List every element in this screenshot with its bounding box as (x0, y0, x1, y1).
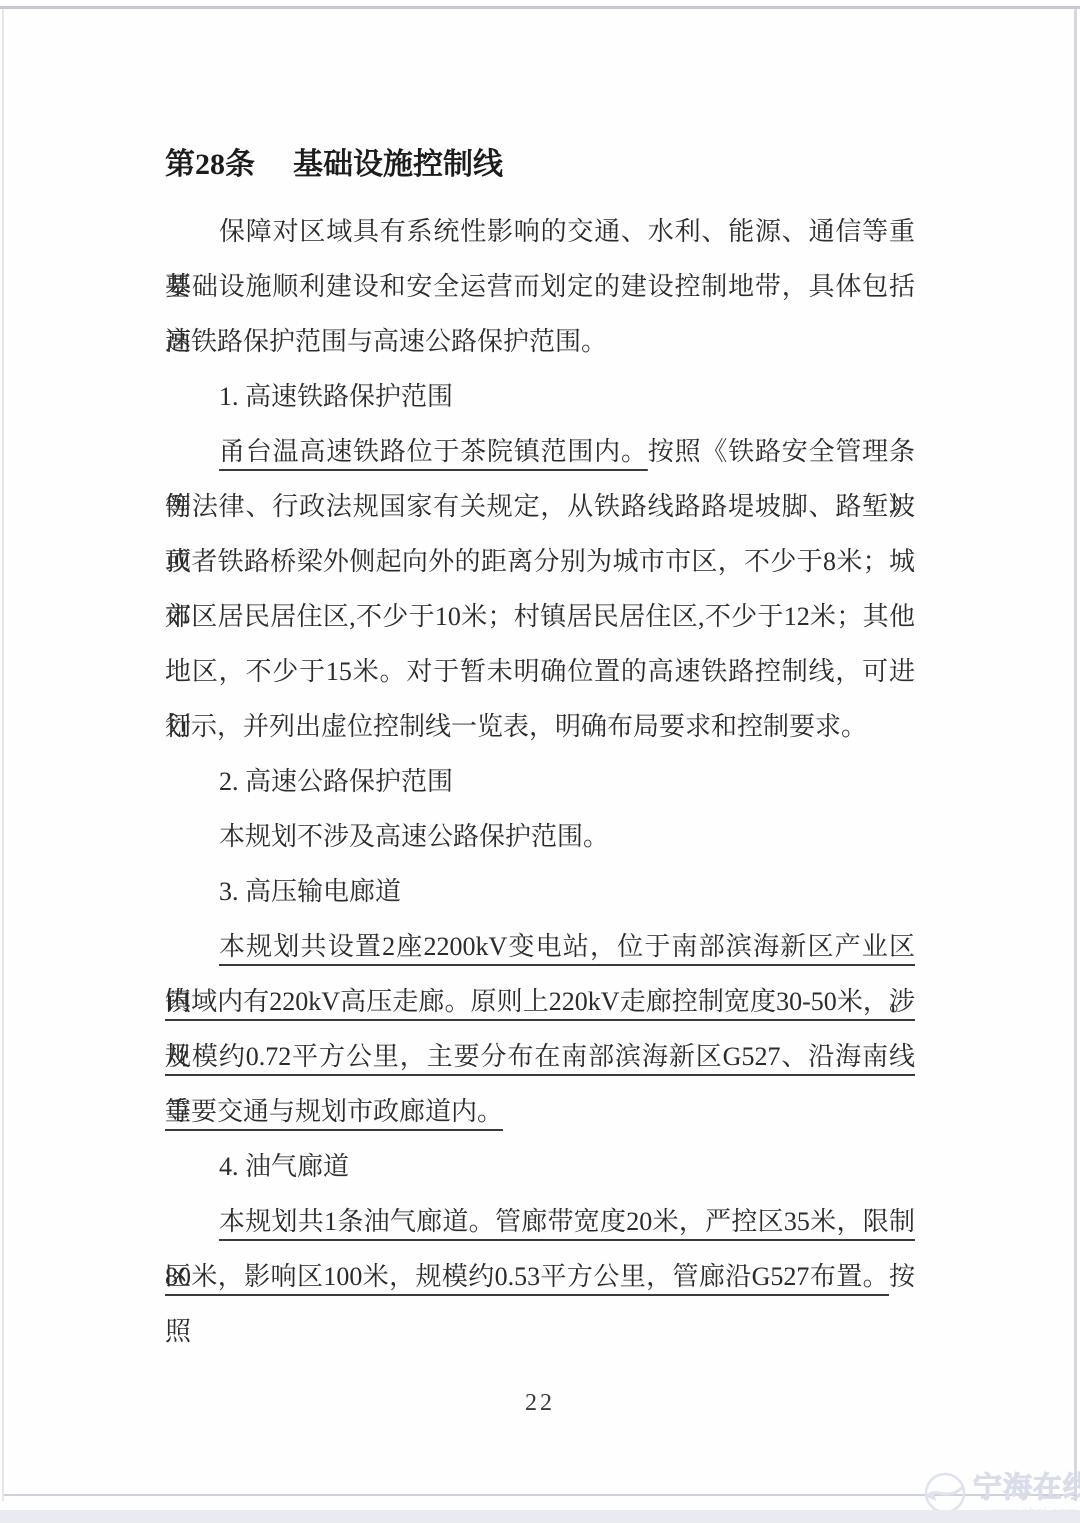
text-line: 2. 高速公路保护范围 (165, 754, 915, 809)
page-edge-bottom-line (4, 1494, 1076, 1496)
page-edge-top (0, 6, 1080, 9)
article-heading: 第28条基础设施控制线 (165, 137, 915, 192)
text-line: 1. 高速铁路保护范围 (165, 369, 915, 424)
text-line: 基础设施顺利建设和安全运营而划定的建设控制地带，具体包括高 (165, 259, 915, 314)
text-line: 重要交通与规划市政廊道内。 (165, 1084, 915, 1139)
text-line: 保障对区域具有系统性影响的交通、水利、能源、通信等重要 (165, 204, 915, 259)
page-number: 22 (0, 1390, 1080, 1417)
text-segment: 划示，并列出虚位控制线一览表，明确布局要求和控制要求。 (165, 712, 867, 741)
text-segment: 2. 高速公路保护范围 (219, 767, 453, 796)
text-line: 80米，影响区100米，规模约0.53平方公里，管廊沿G527布置。按照 (165, 1249, 915, 1304)
text-line: 甬台温高速铁路位于茶院镇范围内。按照《铁路安全管理条例》 (165, 424, 915, 479)
scanned-page: 第28条基础设施控制线 保障对区域具有系统性影响的交通、水利、能源、通信等重要基… (0, 0, 1080, 1510)
document-lines: 保障对区域具有系统性影响的交通、水利、能源、通信等重要基础设施顺利建设和安全运营… (165, 204, 915, 1304)
text-line: 郊区居民居住区,不少于10米；村镇居民居住区,不少于12米；其他 (165, 589, 915, 644)
text-line: 本规划共1条油气廊道。管廊带宽度20米，严控区35米，限制区 (165, 1194, 915, 1249)
text-line: 规模约0.72平方公里，主要分布在南部滨海新区G527、沿海南线等 (165, 1029, 915, 1084)
document-body: 第28条基础设施控制线 保障对区域具有系统性影响的交通、水利、能源、通信等重要基… (165, 137, 915, 1304)
text-line: 4. 油气廊道 (165, 1139, 915, 1194)
text-segment: 1. 高速铁路保护范围 (219, 382, 453, 411)
page-edge-right (1074, 9, 1077, 1501)
text-segment: 本规划不涉及高速公路保护范围。 (219, 822, 609, 851)
text-segment: 4. 油气廊道 (219, 1152, 349, 1181)
page-edge-left (2, 9, 4, 1501)
underlined-text: 重要交通与规划市政廊道内。 (165, 1097, 503, 1126)
text-line: 地区，不少于15米。对于暂未明确位置的高速铁路控制线，可进行 (165, 644, 915, 699)
watermark-brand: 宁海在线 (973, 1474, 1080, 1503)
text-segment: 3. 高压输电廊道 (219, 877, 401, 906)
text-line: 镇域内有220kV高压走廊。原则上220kV走廊控制宽度30-50米，涉及 (165, 974, 915, 1029)
text-line: 或者铁路桥梁外侧起向外的距离分别为城市市区，不少于8米；城市 (165, 534, 915, 589)
underlined-text: 甬台温高速铁路位于茶院镇范围内。 (219, 437, 648, 466)
text-line: 本规划不涉及高速公路保护范围。 (165, 809, 915, 864)
article-title: 基础设施控制线 (293, 148, 503, 181)
underlined-text: 80米，影响区100米，规模约0.53平方公里，管廊沿G527布置。 (165, 1262, 889, 1291)
text-segment: 郊区居民居住区,不少于10米；村镇居民居住区,不少于12米；其他 (165, 602, 915, 631)
text-line: 等法律、行政法规国家有关规定，从铁路线路路堤坡脚、路堑坡顶 (165, 479, 915, 534)
article-number: 第28条 (165, 148, 255, 181)
text-segment: 速铁路保护范围与高速公路保护范围。 (165, 327, 607, 356)
text-line: 本规划共设置2座2200kV变电站，位于南部滨海新区产业区内。 (165, 919, 915, 974)
text-line: 划示，并列出虚位控制线一览表，明确布局要求和控制要求。 (165, 699, 915, 754)
text-line: 速铁路保护范围与高速公路保护范围。 (165, 314, 915, 369)
scan-background-band (0, 1510, 1080, 1523)
text-line: 3. 高压输电廊道 (165, 864, 915, 919)
